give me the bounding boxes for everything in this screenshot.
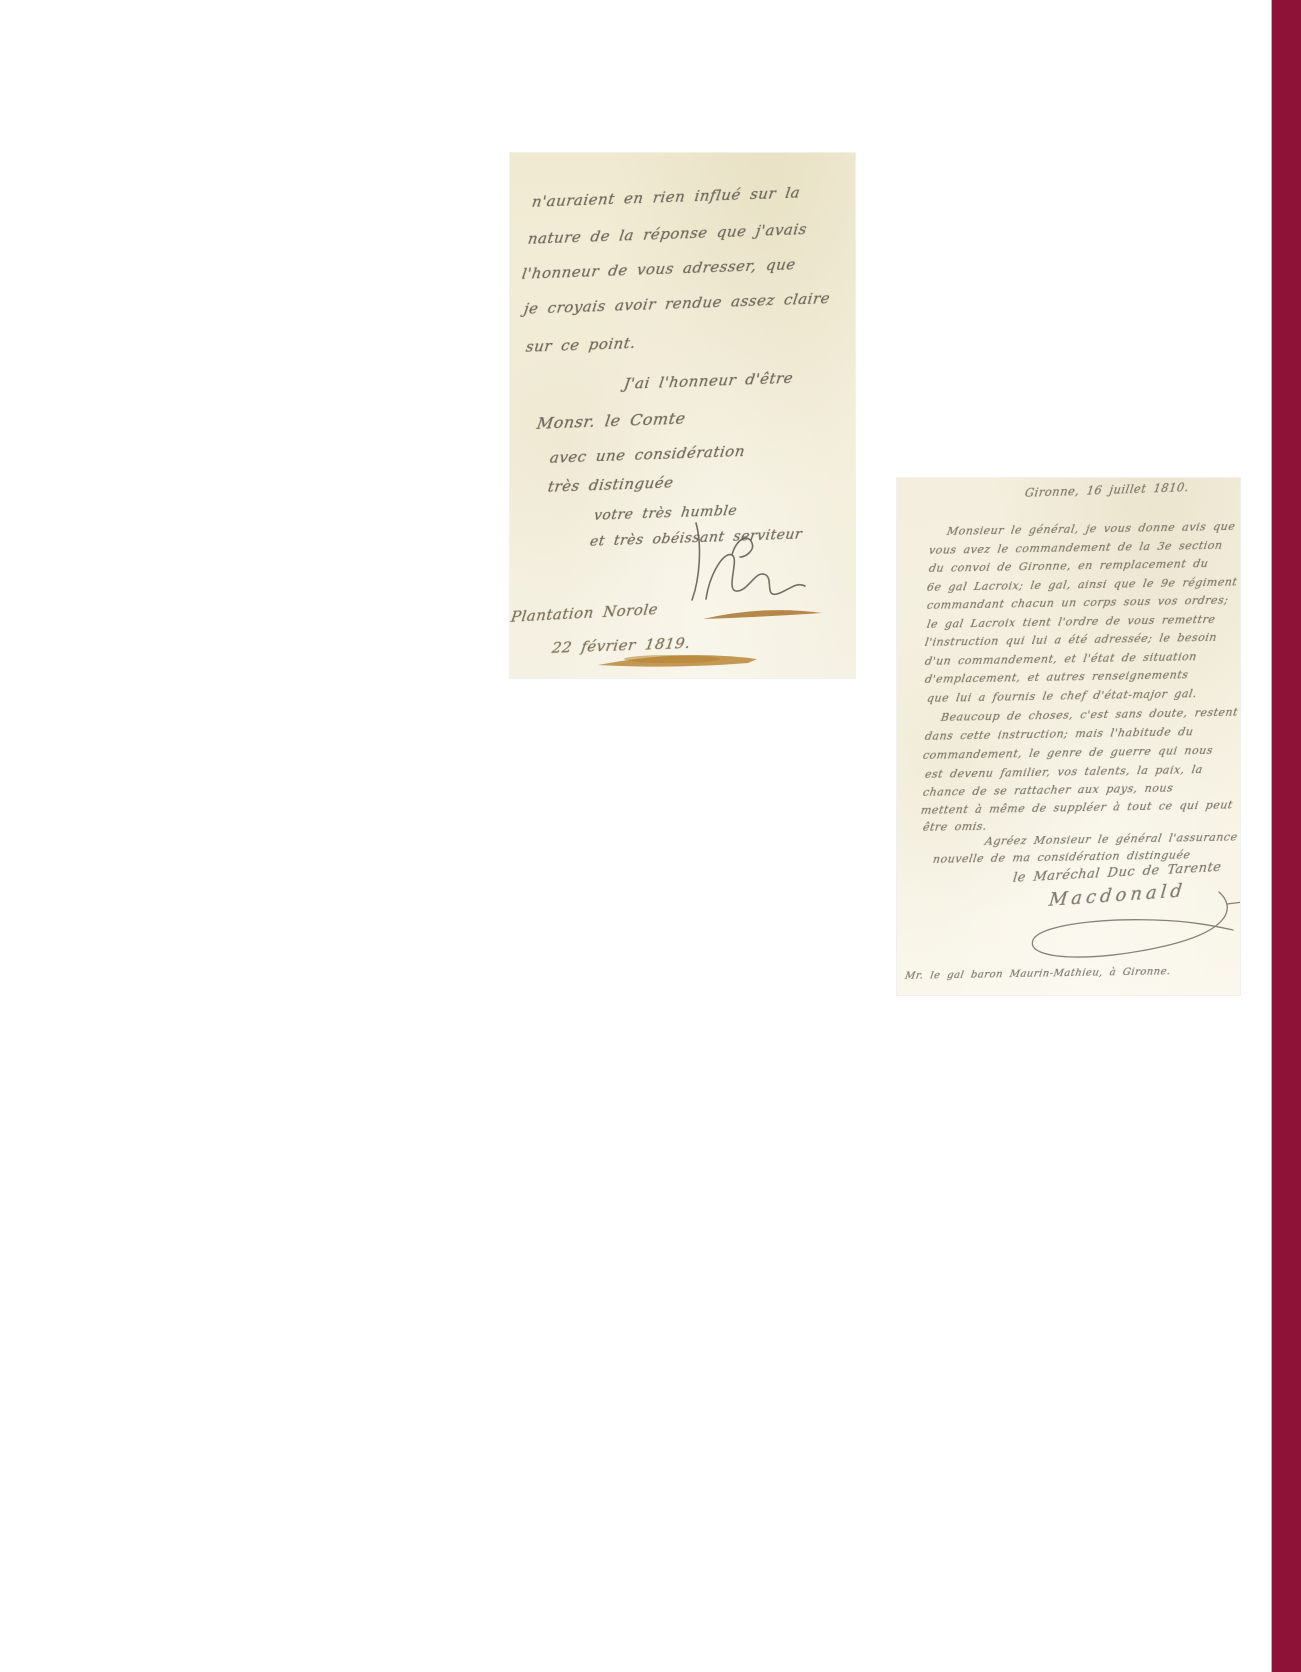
handwritten-line: Beaucoup de choses, c'est sans doute, re… (940, 706, 1239, 724)
handwritten-line: Macdonald (1048, 880, 1187, 911)
letter-scan-1810-macdonald: Gironne, 16 juillet 1810.Monsieur le gén… (897, 478, 1240, 995)
handwritten-line: l'instruction qui lui a été adressée; le… (924, 631, 1218, 649)
handwritten-line: n'auraient en rien influé sur la (531, 184, 802, 211)
handwritten-line: commandement, le genre de guerre qui nou… (922, 744, 1214, 762)
handwritten-line: d'emplacement, et autres renseignements (924, 668, 1189, 686)
handwritten-line: nature de la réponse que j'avais (527, 220, 808, 248)
handwritten-line: je croyais avoir rendue assez claire (523, 289, 832, 318)
handwritten-line: commandant chacun un corps sous vos ordr… (926, 594, 1229, 612)
handwritten-line: J'ai l'honneur d'être (623, 369, 795, 393)
handwritten-line: et très obéissant serviteur (589, 527, 803, 550)
handwritten-line: très distinguée (547, 474, 675, 496)
handwritten-line: que lui a fournis le chef d'état-major g… (926, 687, 1198, 705)
handwritten-line: sur ce point. (525, 334, 637, 356)
handwritten-line: l'honneur de vous adresser, que (521, 255, 797, 283)
handwritten-line: du convoi de Gironne, en remplacement du (928, 557, 1209, 575)
letter-scan-1819: n'auraient en rien influé sur lanature d… (510, 153, 855, 678)
page-edge-bar (1271, 0, 1301, 1672)
handwritten-line: Agréez Monsieur le général l'assurance (984, 831, 1239, 848)
handwritten-line: Mr. le gal baron Maurin-Mathieu, à Giron… (904, 966, 1171, 982)
handwritten-line: dans cette instruction; mais l'habitude … (924, 725, 1194, 743)
catalogue-page: n'auraient en rien influé sur lanature d… (0, 0, 1301, 1672)
handwritten-line: Monsr. le Comte (536, 409, 687, 433)
handwritten-line: Monsieur le général, je vous donne avis … (946, 520, 1236, 538)
handwritten-line: chance de se rattacher aux pays, nous (922, 782, 1174, 799)
handwritten-line: Gironne, 16 juillet 1810. (1024, 480, 1190, 500)
handwritten-line: mettent à même de suppléer à tout ce qui… (920, 799, 1234, 817)
handwritten-line: votre très humble (593, 503, 738, 524)
handwritten-line: 22 février 1819. (551, 634, 692, 657)
handwritten-line: d'un commandement, et l'état de situatio… (924, 650, 1198, 668)
handwritten-line: est devenu familier, vos talents, la pai… (924, 763, 1204, 781)
handwritten-line: Plantation Norole (510, 600, 659, 626)
handwritten-line: le gal Lacroix tient l'ordre de vous rem… (926, 613, 1216, 631)
handwritten-line: être omis. (922, 820, 988, 834)
handwritten-line: vous avez le commandement de la 3e secti… (928, 539, 1224, 557)
handwritten-line: avec une considération (549, 442, 747, 467)
handwritten-line: 6e gal Lacroix; le gal, ainsi que le 9e … (926, 576, 1238, 594)
